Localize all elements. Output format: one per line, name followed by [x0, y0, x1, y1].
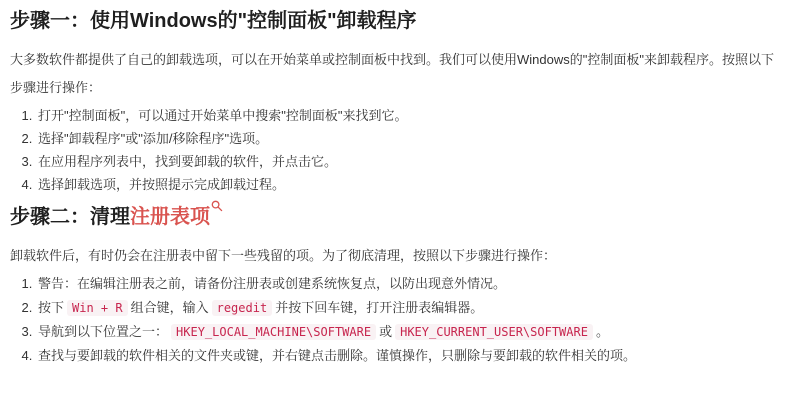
step-text: 在应用程序列表中，找到要卸载的软件，并点击它。: [38, 154, 337, 169]
step-text: 查找与要卸载的软件相关的文件夹或键，并右键点击删除。谨慎操作，只删除与要卸载的软…: [38, 348, 636, 363]
list-item: 选择卸载选项，并按照提示完成卸载过程。: [36, 175, 780, 194]
list-item: 查找与要卸载的软件相关的文件夹或键，并右键点击删除。谨慎操作，只删除与要卸载的软…: [36, 346, 780, 366]
step-text: 选择卸载选项，并按照提示完成卸载过程。: [38, 177, 285, 192]
step-text: 选择"卸载程序"或"添加/移除程序"选项。: [38, 131, 268, 146]
step-text: 组合键，输入: [131, 300, 209, 315]
list-item: 导航到以下位置之一：HKEY_LOCAL_MACHINE\SOFTWARE或HK…: [36, 322, 780, 342]
inline-code: HKEY_CURRENT_USER\SOFTWARE: [395, 324, 593, 340]
list-item: 警告：在编辑注册表之前，请备份注册表或创建系统恢复点，以防出现意外情况。: [36, 274, 780, 294]
list-item: 打开"控制面板"，可以通过开始菜单中搜索"控制面板"来找到它。: [36, 106, 780, 125]
step-text: 按下: [38, 300, 64, 315]
section2-heading: 步骤二：清理注册表项: [10, 204, 780, 230]
section2-intro: 卸载软件后，有时仍会在注册表中留下一些残留的项。为了彻底清理，按照以下步骤进行操…: [10, 242, 780, 270]
registry-link-label: 注册表项: [130, 206, 210, 228]
step-text: 。: [596, 324, 609, 339]
step-text: 警告：在编辑注册表之前，请备份注册表或创建系统恢复点，以防出现意外情况。: [38, 276, 506, 291]
registry-link[interactable]: 注册表项: [130, 206, 223, 228]
step-text: 导航到以下位置之一：: [38, 324, 168, 339]
inline-code: regedit: [212, 300, 273, 316]
step-text: 或: [379, 324, 392, 339]
inline-code: HKEY_LOCAL_MACHINE\SOFTWARE: [171, 324, 376, 340]
inline-code: Win + R: [67, 300, 128, 316]
list-item: 选择"卸载程序"或"添加/移除程序"选项。: [36, 129, 780, 148]
section1-heading: 步骤一：使用Windows的"控制面板"卸载程序: [10, 8, 780, 34]
section1-intro: 大多数软件都提供了自己的卸载选项，可以在开始菜单或控制面板中找到。我们可以使用W…: [10, 46, 780, 102]
step-text: 并按下回车键，打开注册表编辑器。: [275, 300, 483, 315]
search-icon: [211, 200, 223, 212]
list-item: 按下Win + R组合键，输入regedit并按下回车键，打开注册表编辑器。: [36, 298, 780, 318]
article: 步骤一：使用Windows的"控制面板"卸载程序 大多数软件都提供了自己的卸载选…: [10, 8, 780, 366]
list-item: 在应用程序列表中，找到要卸载的软件，并点击它。: [36, 152, 780, 171]
section2-steps: 警告：在编辑注册表之前，请备份注册表或创建系统恢复点，以防出现意外情况。按下Wi…: [10, 274, 780, 366]
section2-heading-text: 步骤二：清理: [10, 206, 130, 228]
step-text: 打开"控制面板"，可以通过开始菜单中搜索"控制面板"来找到它。: [38, 108, 407, 123]
section1-steps: 打开"控制面板"，可以通过开始菜单中搜索"控制面板"来找到它。选择"卸载程序"或…: [10, 106, 780, 194]
